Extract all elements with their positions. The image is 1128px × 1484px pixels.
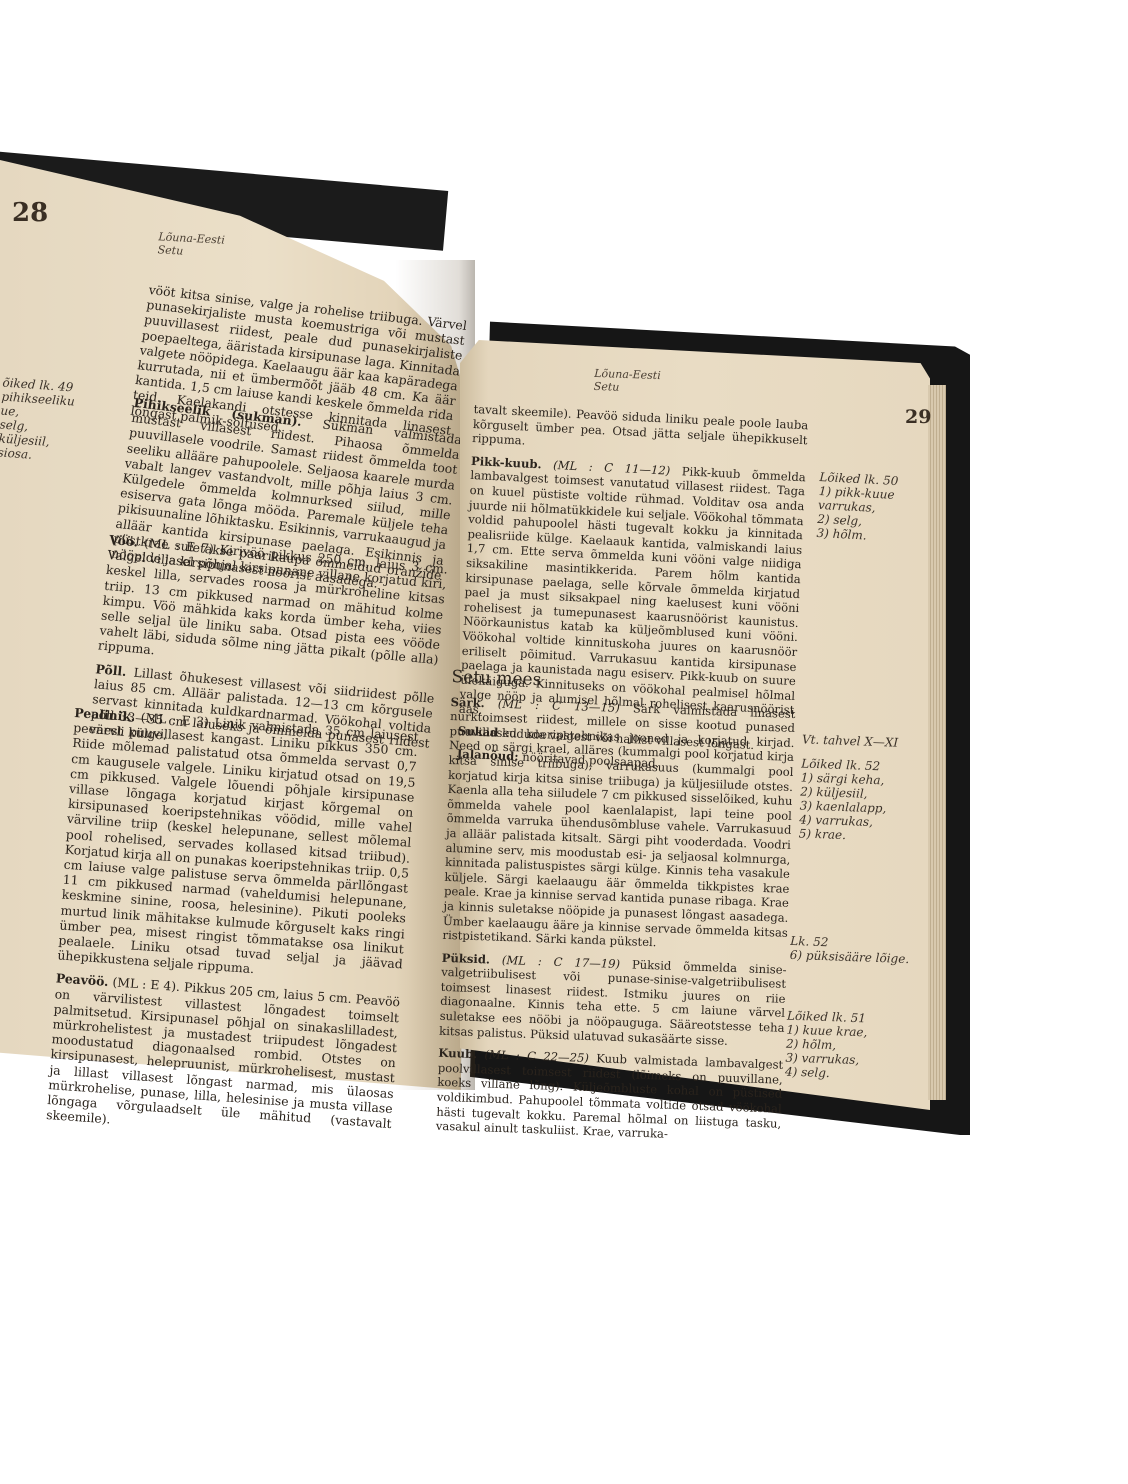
paragraph-kuub: Kuub. (ML : C 22—25) Kuub valmistada lam… (436, 1046, 784, 1146)
paragraph-peavoo: Peavöö. (ML : E 4). Pikkus 205 cm, laius… (46, 971, 401, 1147)
page-edges (928, 385, 946, 1100)
paragraph-title: Särk. (450, 695, 485, 710)
paragraph-text: Kuub valmistada lambavalgest poolvillase… (436, 1052, 784, 1142)
paragraph-text: Pikkus 205 cm, laius 5 cm. Peavöö on vär… (46, 980, 401, 1131)
paragraph-sark: Särk. (ML : C 13—15) Särk valmistada lin… (442, 695, 795, 955)
section-title: Setu mees (451, 670, 796, 697)
margin-note-left: õiked lk. 49 pihikseeliku ue, selg, külj… (0, 376, 76, 465)
paragraph-text: Linik valmistada 35 cm laiusest peenest … (57, 715, 419, 977)
running-head-right: Lõuna-Eesti Setu (594, 367, 661, 395)
paragraph-text: Särk valmistada linasest nurktoimsest ri… (442, 701, 795, 949)
paragraph-text: Püksid õmmelda sinise-valgetriibulisest … (439, 957, 787, 1047)
page-number-left: 28 (12, 198, 48, 228)
open-book: 28 Lõuna-Eesti Setu õiked lk. 49 pihikse… (0, 0, 1128, 1484)
margin-note-pikk-kuub: Lõiked lk. 50 1) pikk-kuue varrukas, 2) … (816, 470, 898, 544)
margin-note-puksid: Lk. 52 6) püksisääre lõige. (790, 934, 910, 966)
paragraph-title: Kuub. (438, 1046, 477, 1061)
page-number-right: 29 (905, 406, 931, 428)
left-page-body-lower: Pealinik. (ML : E 3) Linik valmistada 35… (45, 705, 419, 1155)
paragraph-title: Püksid. (442, 951, 491, 967)
paragraph-pealinik: Pealinik. (ML : E 3) Linik valmistada 35… (57, 705, 419, 987)
running-head-left: Lõuna-Eesti Setu (157, 230, 225, 259)
margin-note-line: 4) selg. (785, 1065, 866, 1082)
running-head-subregion: Setu (594, 380, 661, 395)
right-page-body-bottom: Setu mees Särk. (ML : C 13—15) Särk valm… (435, 664, 796, 1154)
paragraph-text: Kirivöö pikkus 250 cm, laius 3 cm. Valge… (97, 542, 448, 668)
paragraph-puksid: Püksid. (ML : C 17—19) Püksid õmmelda si… (439, 951, 787, 1051)
margin-note-sark: Lõiked lk. 52 1) särgi keha, 2) küljesii… (799, 757, 888, 844)
margin-note-kuub: Lõiked lk. 51 1) kuue krae, 2) hõlm, 3) … (785, 1009, 868, 1082)
